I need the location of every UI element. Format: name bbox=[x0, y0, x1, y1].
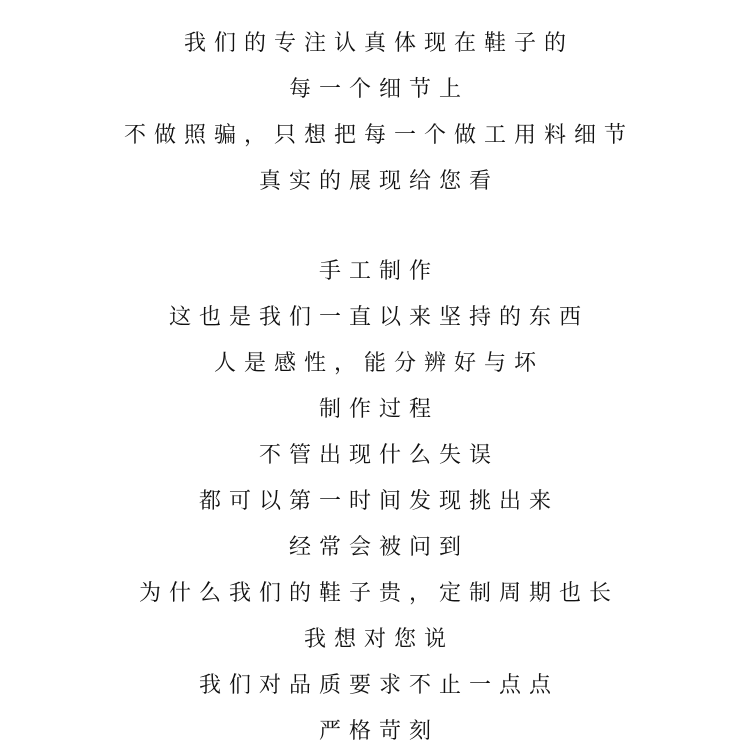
paragraph-intro: 我们的专注认真体现在鞋子的 每一个细节上 不做照骗，只想把每一个做工用料细节 真… bbox=[0, 21, 750, 205]
text-line: 真实的展现给您看 bbox=[0, 159, 750, 205]
text-document: 我们的专注认真体现在鞋子的 每一个细节上 不做照骗，只想把每一个做工用料细节 真… bbox=[0, 21, 750, 750]
text-line: 我想对您说 bbox=[0, 617, 750, 663]
text-line: 不做照骗，只想把每一个做工用料细节 bbox=[0, 113, 750, 159]
text-line: 经常会被问到 bbox=[0, 525, 750, 571]
text-line: 这也是我们一直以来坚持的东西 bbox=[0, 295, 750, 341]
paragraph-handmade: 手工制作 这也是我们一直以来坚持的东西 人是感性，能分辨好与坏 制作过程 不管出… bbox=[0, 249, 750, 750]
text-line: 严格苛刻 bbox=[0, 709, 750, 750]
text-line: 我们的专注认真体现在鞋子的 bbox=[0, 21, 750, 67]
paragraph-gap bbox=[0, 205, 750, 249]
text-line: 不管出现什么失误 bbox=[0, 433, 750, 479]
text-line: 为什么我们的鞋子贵，定制周期也长 bbox=[0, 571, 750, 617]
text-line: 我们对品质要求不止一点点 bbox=[0, 663, 750, 709]
text-line: 都可以第一时间发现挑出来 bbox=[0, 479, 750, 525]
text-line: 人是感性，能分辨好与坏 bbox=[0, 341, 750, 387]
text-line: 制作过程 bbox=[0, 387, 750, 433]
text-line: 手工制作 bbox=[0, 249, 750, 295]
text-line: 每一个细节上 bbox=[0, 67, 750, 113]
